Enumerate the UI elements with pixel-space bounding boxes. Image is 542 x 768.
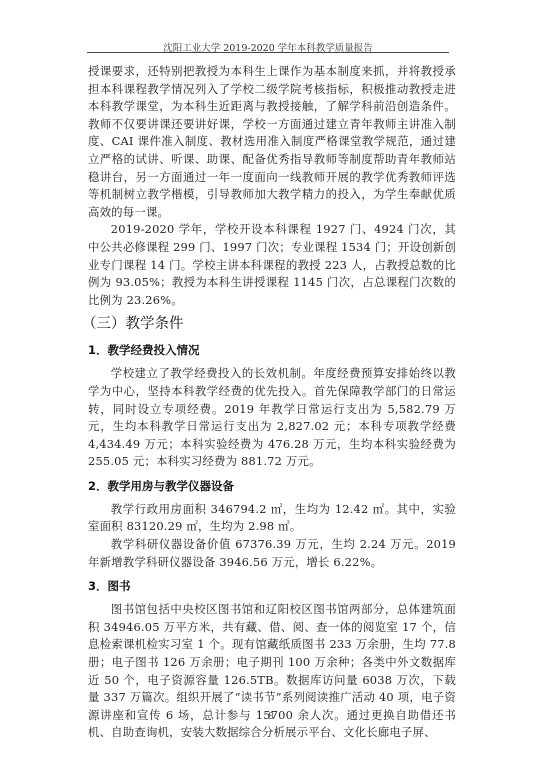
paragraph-funding: 学校建立了教学经费投入的长效机制。年度经费预算安排始终以教学为中心，坚持本科教学… xyxy=(88,365,456,471)
header-divider xyxy=(87,52,449,53)
paragraph-course-statistics: 2019-2020 学年，学校开设本科课程 1927 门、4924 门次，其中公… xyxy=(88,221,456,309)
paragraph-teaching-requirements: 授课要求，还特别把教授为本科生上课作为基本制度来抓，并将教授承担本科课程教学情况… xyxy=(88,63,456,221)
page-body: 授课要求，还特别把教授为本科生上课作为基本制度来抓，并将教授承担本科课程教学情况… xyxy=(88,63,456,742)
section-heading-teaching-conditions: （三）教学条件 xyxy=(82,313,456,335)
subheading-facilities-equipment: 2．教学用房与教学仪器设备 xyxy=(88,477,456,495)
subheading-funding: 1．教学经费投入情况 xyxy=(88,341,456,359)
paragraph-equipment-value: 教学科研仪器设备价值 67376.39 万元，生均 2.24 万元。2019 年… xyxy=(88,536,456,571)
paragraph-building-area: 教学行政用房面积 346794.2 ㎡，生均为 12.42 ㎡。其中，实验室面积… xyxy=(88,501,456,536)
subheading-library: 3．图书 xyxy=(88,577,456,595)
page-number: 8 xyxy=(0,712,542,722)
